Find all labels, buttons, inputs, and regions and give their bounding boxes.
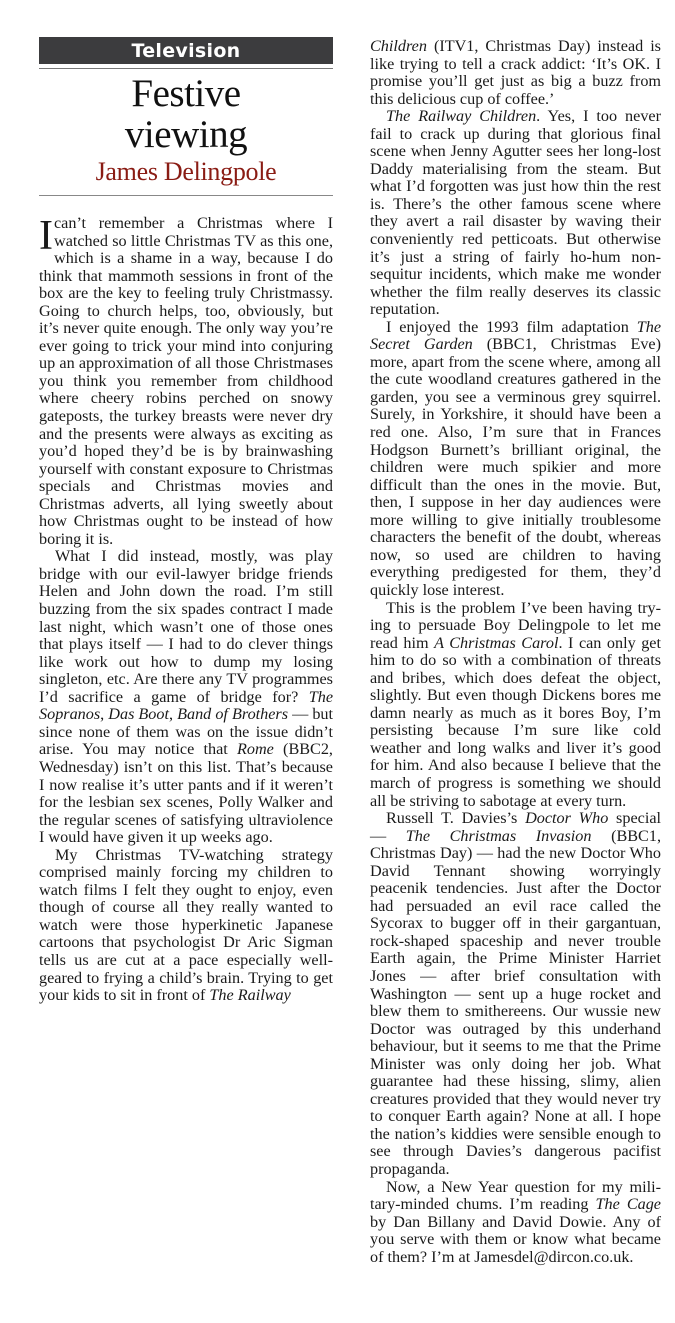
paragraph: Now, a New Year question for my mili­tar… (370, 1179, 661, 1267)
italic-title: Rome (237, 740, 274, 758)
paragraph: What I did instead, mostly, was play bri… (39, 548, 333, 846)
paragraph-continued: Children (ITV1, Christmas Day) instead i… (370, 38, 661, 108)
text-run: , (169, 705, 177, 723)
italic-title: The Railway (209, 986, 290, 1004)
headline-line-1: Festive (39, 73, 333, 114)
text-run: . I can only get him to do so with a com… (370, 634, 661, 810)
left-column: Television Festive viewing James Delingp… (39, 37, 333, 1005)
headline: Festive viewing (39, 73, 333, 155)
italic-title: The Christmas Invasion (406, 827, 592, 845)
paragraph: The Railway Children. Yes, I too never f… (370, 108, 661, 319)
italic-title: A Christmas Carol (434, 634, 558, 652)
paragraph: Ican’t remember a Christmas where I watc… (39, 215, 333, 548)
article-body-right: Children (ITV1, Christmas Day) instead i… (370, 38, 661, 1266)
italic-title: Band of Brothers (177, 705, 288, 723)
text-run: (BBC1, Christmas Day) — had the new Doct… (370, 827, 661, 1178)
paragraph: My Christmas TV-watching strategy compri… (39, 847, 333, 1005)
text-run: Russell T. Davies’s (386, 809, 525, 827)
byline: James Delingpole (39, 157, 333, 187)
text-run: (BBC1, Christmas Eve) more, apart from t… (370, 335, 661, 599)
paragraph: I enjoyed the 1993 film adaptation The S… (370, 319, 661, 600)
text-run: I enjoyed the 1993 film adaptation (386, 318, 637, 336)
byline-rule (39, 195, 333, 196)
paragraph: Russell T. Davies’s Doctor Who special —… (370, 810, 661, 1178)
text-run: My Christmas TV-watching strategy compri… (39, 846, 333, 1004)
text-run: What I did instead, mostly, was play bri… (39, 547, 333, 705)
italic-title: Children (370, 37, 427, 55)
article-body-left: Ican’t remember a Christmas where I watc… (39, 215, 333, 1005)
section-header-bar: Television (39, 37, 333, 64)
headline-line-2: viewing (39, 114, 333, 155)
paragraph: This is the problem I’ve been having try… (370, 600, 661, 811)
text-run: by Dan Billany and David Dowie. Any of y… (370, 1213, 661, 1266)
italic-title: Doctor Who (525, 809, 608, 827)
section-label: Television (131, 40, 240, 62)
italic-title: The Railway Children (386, 107, 536, 125)
right-column: Children (ITV1, Christmas Day) instead i… (370, 38, 661, 1266)
italic-title: The Cage (596, 1195, 662, 1213)
header-rule (39, 68, 333, 69)
text-run: . Yes, I too never fail to crack up duri… (370, 107, 661, 318)
drop-cap: I (39, 217, 53, 252)
text-run: can’t remember a Christmas where I watch… (39, 214, 333, 548)
italic-title: Das Boot (108, 705, 169, 723)
